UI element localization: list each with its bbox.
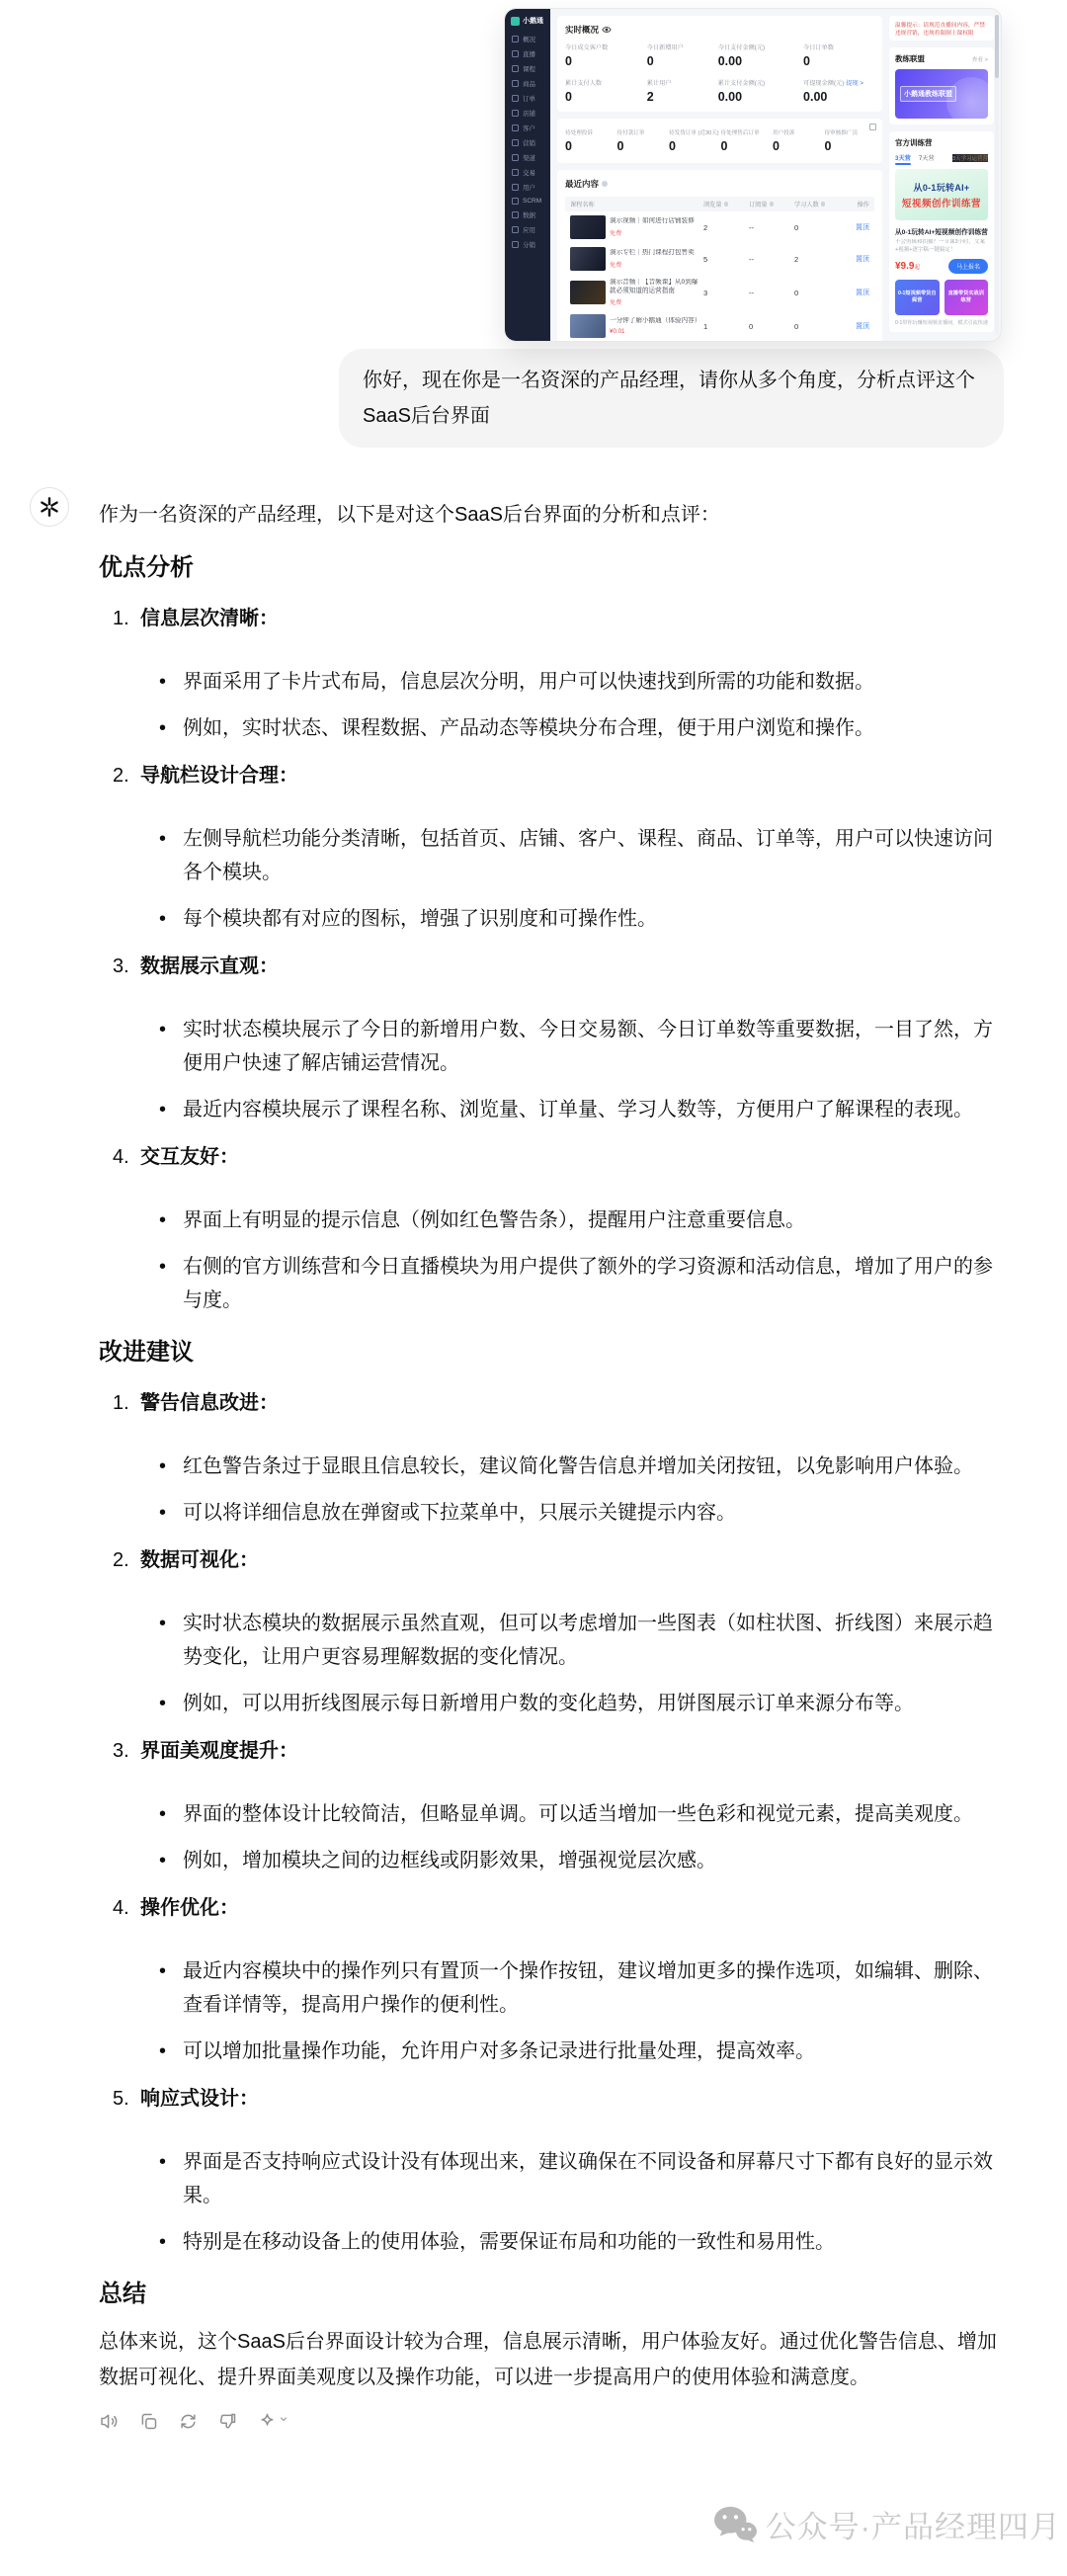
pin-action: 置顶	[840, 321, 869, 331]
sidebar-item: 渠道	[505, 150, 550, 165]
dashboard-logo: 小鹅通	[505, 14, 550, 32]
camp-course-title: 从0-1玩转AI+短视频创作训练营	[895, 226, 988, 236]
pin-action: 置顶	[840, 222, 869, 232]
item-number: 3.	[113, 950, 129, 983]
sidebar-item-label: 客户	[523, 124, 535, 132]
sidebar-item: 订单	[505, 91, 550, 106]
user-message-bubble: 你好，现在你是一名资深的产品经理，请你从多个角度，分析点评这个SaaS后台界面	[339, 349, 1004, 448]
sidebar-item-label: 订单	[523, 94, 535, 103]
bullet-item: 左侧导航栏功能分类清晰，包括首页、店铺、客户、课程、商品、订单等，用户可以快速访…	[99, 822, 1004, 889]
bullet-item: 实时状态模块的数据展示虽然直观，但可以考虑增加一些图表（如柱状图、折线图）来展示…	[99, 1607, 1004, 1674]
stat-cell: 0	[749, 322, 794, 331]
promo-banner: 0-1短视频带货自媒营	[895, 280, 940, 315]
list-item: 1.信息层次清晰：界面采用了卡片式布局，信息层次分明，用户可以快速找到所需的功能…	[99, 602, 1004, 745]
table-row: 演示视频｜如何进行店铺装修免费2--0置顶	[565, 211, 874, 243]
item-number: 3.	[113, 1734, 129, 1768]
stat-value: 0	[565, 139, 616, 153]
overview-stat: 累计支付人数0	[565, 78, 647, 104]
sidebar-item-label: 渠道	[523, 153, 535, 162]
official-camp-card: 官方训练营 3天营7天营3天学习运营营 从0-1玩转AI+ 短视频创作训练营 从…	[889, 131, 994, 332]
table-column-header: 操作	[840, 200, 869, 208]
item-title-text: 界面美观度提升：	[140, 1740, 298, 1762]
bullet-item: 可以增加批量操作功能，允许用户对多条记录进行批量处理，提高效率。	[99, 2035, 1004, 2068]
overview-stat: 今日成交客户数0	[565, 42, 647, 68]
stat-cell: 3	[703, 289, 749, 297]
sidebar-item-label: 应用	[523, 225, 535, 234]
stat-value: 0	[773, 139, 823, 153]
list-item: 4.交互友好：界面上有明显的提示信息（例如红色警告条），提醒用户注意重要信息。右…	[99, 1140, 1004, 1317]
calendar-icon	[869, 124, 876, 130]
bullet-item: 特别是在移动设备上的使用体验，需要保证布局和功能的一致性和易用性。	[99, 2225, 1004, 2259]
course-info: 演示视频｜如何进行店铺装修免费	[610, 217, 695, 237]
watermark: 公众号·产品经理四月	[712, 2502, 1061, 2546]
section-heading: 优点分析	[99, 548, 1004, 588]
table-header-row: 课程名称浏览量订阅量学习人数操作	[565, 197, 874, 211]
sidebar-item: 分销	[505, 237, 550, 252]
sidebar-item-label: 课程	[523, 64, 535, 73]
nav-item-icon	[512, 198, 519, 205]
bullet-item: 红色警告条过于显眼且信息较长，建议简化警告信息并增加关闭按钮，以免影响用户体验。	[99, 1450, 1004, 1483]
list-item: 5.响应式设计：界面是否支持响应式设计没有体现出来，建议确保在不同设备和屏幕尺寸…	[99, 2082, 1004, 2259]
sidebar-item: SCRM	[505, 195, 550, 208]
logo-icon	[511, 17, 520, 26]
sparkle-icon[interactable]	[253, 2407, 292, 2435]
stat-label: 待审核推广员	[825, 128, 875, 136]
sidebar-item: 商品	[505, 76, 550, 91]
stat-cell: 2	[794, 255, 840, 264]
camp-course-desc: 不会剪辑和拍摄？一节课3小时，文案+视频+逐字稿一键搞定！	[895, 239, 988, 254]
enroll-button: 马上报名	[948, 259, 988, 274]
stat-cell: 0	[794, 223, 840, 232]
course-thumbnail	[570, 314, 606, 338]
overview-stat: 累计支付金额(元)0.00	[718, 78, 803, 104]
warning-notice: 温馨提示：请规范直播间内容，严禁违规营销，违规将限制上课权限	[889, 16, 994, 41]
course-cell: 演示视频｜如何进行店铺装修免费	[570, 215, 703, 239]
summary-heading: 总结	[99, 2275, 1004, 2314]
course-thumbnail	[570, 215, 606, 239]
course-name: 演示音频｜【音频课】从0到爆款必须知道的运营指南	[610, 279, 703, 295]
info-icon	[602, 181, 608, 187]
sidebar-item: 直播	[505, 46, 550, 61]
nav-item-icon	[512, 95, 519, 102]
bullet-item: 例如，可以用折线图展示每日新增用户数的变化趋势，用饼图展示订单来源分布等。	[99, 1687, 1004, 1720]
stat-cell: --	[749, 223, 794, 232]
bullet-item: 实时状态模块展示了今日的新增用户数、今日交易额、今日订单数等重要数据，一目了然，…	[99, 1013, 1004, 1080]
table-column-header: 课程名称	[570, 200, 703, 208]
table-row: 演示专栏｜热门课程打包售卖免费5--2置顶	[565, 243, 874, 275]
stat-label: 可提现金额(元)提现 >	[803, 78, 874, 87]
list-item: 4.操作优化：最近内容模块中的操作列只有置顶一个操作按钮，建议增加更多的操作选项…	[99, 1891, 1004, 2068]
recent-content-card: 最近内容 课程名称浏览量订阅量学习人数操作 演示视频｜如何进行店铺装修免费2--…	[557, 170, 882, 342]
info-icon	[770, 202, 775, 207]
camp-tab: 7天营	[919, 153, 935, 162]
bullet-item: 右侧的官方训练营和今日直播模块为用户提供了额外的学习资源和活动信息，增加了用户的…	[99, 1250, 1004, 1317]
course-name: 演示专栏｜热门课程打包售卖	[610, 249, 695, 258]
nav-item-icon	[512, 80, 519, 87]
table-row: 演示音频｜【音频课】从0到爆款必须知道的运营指南免费3--0置顶	[565, 275, 874, 310]
stat-label: 待处理售后订单	[721, 128, 772, 136]
sidebar-item: 客户	[505, 121, 550, 135]
dashboard-sidebar: 小鹅通 概况直播课程商品订单店铺客户营销渠道交易用户SCRM数据应用分销	[505, 9, 550, 341]
item-title: 2.数据可视化：	[99, 1543, 1004, 1577]
stat-label: 待发货订单 (近30天)	[669, 128, 719, 136]
stat-cell: 5	[703, 255, 749, 264]
bullet-item: 例如，增加模块之间的边框线或阴影效果，增强视觉层次感。	[99, 1844, 1004, 1877]
course-thumbnail	[570, 247, 606, 271]
item-number: 2.	[113, 1543, 129, 1577]
stat-value: 0	[617, 139, 668, 153]
course-name: 一分钟了解小鹅通（体验内容）	[610, 317, 700, 326]
camp-tab: 3天学习运营营	[952, 154, 988, 162]
sidebar-item: 营销	[505, 135, 550, 150]
camp-caption: 0-1带你玩赚短视频直播间，模式引流快速变现	[895, 319, 988, 326]
speaker-icon[interactable]	[95, 2407, 123, 2435]
list-item: 1.警告信息改进：红色警告条过于显眼且信息较长，建议简化警告信息并增加关闭按钮，…	[99, 1386, 1004, 1530]
overview-stat: 今日新增用户0	[647, 42, 718, 68]
nav-item-icon	[512, 211, 519, 218]
stat-cell: 0	[794, 322, 840, 331]
course-cell: 演示专栏｜热门课程打包售卖免费	[570, 247, 703, 271]
item-number: 2.	[113, 759, 129, 792]
item-title: 5.响应式设计：	[99, 2082, 1004, 2116]
bullet-item: 可以将详细信息放在弹窗或下拉菜单中，只展示关键提示内容。	[99, 1496, 1004, 1530]
eye-icon	[602, 25, 612, 35]
table-column-header: 学习人数	[794, 200, 840, 208]
course-thumbnail	[570, 281, 606, 304]
info-icon	[821, 202, 826, 207]
nav-item-icon	[512, 36, 519, 42]
copy-icon[interactable]	[134, 2407, 162, 2435]
section-heading: 改进建议	[99, 1333, 1004, 1372]
numbered-list: 1.信息层次清晰：界面采用了卡片式布局，信息层次分明，用户可以快速找到所需的功能…	[99, 602, 1004, 1317]
item-title-text: 导航栏设计合理：	[140, 765, 298, 787]
stat-cell: --	[749, 255, 794, 264]
overview-stat: 可提现金额(元)提现 >0.00	[803, 78, 874, 104]
bullet-item: 每个模块都有对应的图标，增强了识别度和可操作性。	[99, 902, 1004, 936]
stat-value: 0	[669, 139, 719, 153]
dashboard-scrollbar	[995, 15, 999, 335]
stat-value: 0.00	[718, 54, 803, 68]
course-info: 一分钟了解小鹅通（体验内容）¥0.01	[610, 317, 700, 335]
camp-tabs: 3天营7天营3天学习运营营	[895, 153, 988, 162]
sidebar-item-label: 数据	[523, 210, 535, 219]
pending-stat: 待发货订单 (近30天)0	[669, 128, 719, 153]
nav-item-icon	[512, 184, 519, 191]
course-price: ¥9.9起	[895, 261, 920, 272]
pending-stat: 待处理投诉0	[565, 128, 616, 153]
sidebar-item: 数据	[505, 208, 550, 222]
stat-label: 累计支付人数	[565, 78, 647, 87]
pending-stat: 待处理售后订单0	[721, 128, 772, 153]
sidebar-item: 概况	[505, 32, 550, 46]
item-title-text: 交互友好：	[140, 1146, 239, 1168]
stat-value: 0	[565, 54, 647, 68]
nav-item-icon	[512, 154, 519, 161]
item-number: 1.	[113, 602, 129, 635]
bullet-item: 界面是否支持响应式设计没有体现出来，建议确保在不同设备和屏幕尺寸下都有良好的显示…	[99, 2145, 1004, 2212]
overview-stat: 今日订单数0	[803, 42, 874, 68]
sidebar-item: 用户	[505, 180, 550, 195]
item-number: 5.	[113, 2082, 129, 2116]
realtime-overview-card: 实时概况 今日成交客户数0今日新增用户0今日支付金额(元)0.00今日订单数0累…	[557, 16, 882, 112]
course-price: 免费	[610, 297, 703, 306]
sidebar-item-label: 用户	[523, 183, 535, 192]
bullet-item: 最近内容模块中的操作列只有置顶一个操作按钮，建议增加更多的操作选项，如编辑、删除…	[99, 1954, 1004, 2022]
stat-cell: 1	[703, 322, 749, 331]
stat-value: 0.00	[718, 90, 803, 104]
table-column-header: 订阅量	[749, 200, 794, 208]
sidebar-item: 交易	[505, 165, 550, 180]
item-title: 2.导航栏设计合理：	[99, 759, 1004, 792]
pending-stat: 待审核推广员0	[825, 128, 875, 153]
bullet-item: 界面的整体设计比较简洁，但略显单调。可以适当增加一些色彩和视觉元素，提高美观度。	[99, 1797, 1004, 1831]
table-column-header: 浏览量	[703, 200, 749, 208]
overview-stat: 累计用户2	[647, 78, 718, 104]
item-number: 4.	[113, 1891, 129, 1925]
wechat-icon	[712, 2504, 758, 2545]
list-item: 2.数据可视化：实时状态模块的数据展示虽然直观，但可以考虑增加一些图表（如柱状图…	[99, 1543, 1004, 1720]
withdraw-link: 提现 >	[846, 80, 863, 87]
table-row: 一分钟了解小鹅通（体验内容）¥0.01100置顶	[565, 310, 874, 342]
item-number: 4.	[113, 1140, 129, 1174]
item-number: 1.	[113, 1386, 129, 1420]
course-price: 免费	[610, 228, 695, 237]
summary-paragraph: 总体来说，这个SaaS后台界面设计较为合理，信息展示清晰，用户体验友好。通过优化…	[99, 2324, 1004, 2395]
item-title: 4.操作优化：	[99, 1891, 1004, 1925]
stat-label: 待付款订单	[617, 128, 668, 136]
stat-cell: 0	[794, 289, 840, 297]
sidebar-item-label: SCRM	[523, 198, 541, 205]
stat-label: 用户投诉	[773, 128, 823, 136]
stat-label: 待处理投诉	[565, 128, 616, 136]
stat-label: 今日支付金额(元)	[718, 42, 803, 51]
nav-item-icon	[512, 65, 519, 72]
nav-item-icon	[512, 139, 519, 146]
dashboard-screenshot-attachment[interactable]: 小鹅通 概况直播课程商品订单店铺客户营销渠道交易用户SCRM数据应用分销 实时概…	[504, 8, 1002, 342]
stat-cell: 2	[703, 223, 749, 232]
promo-banner: 直播带货实战训练营	[944, 280, 989, 315]
pending-stat: 待付款订单0	[617, 128, 668, 153]
item-title: 3.数据展示直观：	[99, 950, 1004, 983]
sidebar-item-label: 分销	[523, 240, 535, 249]
course-cell: 一分钟了解小鹅通（体验内容）¥0.01	[570, 314, 703, 338]
nav-item-icon	[512, 241, 519, 248]
coach-alliance-card: 教练联盟查看 > 小鹅通教练联盟	[889, 47, 994, 125]
nav-item-icon	[512, 125, 519, 131]
stat-label: 今日订单数	[803, 42, 874, 51]
list-item: 3.数据展示直观：实时状态模块展示了今日的新增用户数、今日交易额、今日订单数等重…	[99, 950, 1004, 1126]
bullet-item: 界面采用了卡片式布局，信息层次分明，用户可以快速找到所需的功能和数据。	[99, 665, 1004, 699]
coach-title: 教练联盟	[895, 53, 925, 64]
dashboard-main: 实时概况 今日成交客户数0今日新增用户0今日支付金额(元)0.00今日订单数0累…	[550, 9, 1001, 341]
sidebar-item-label: 直播	[523, 49, 535, 58]
pending-stats-card: 待处理投诉0待付款订单0待发货订单 (近30天)0待处理售后订单0用户投诉0待审…	[557, 119, 882, 163]
sidebar-item-label: 概况	[523, 35, 535, 43]
stat-label: 今日新增用户	[647, 42, 718, 51]
course-info: 演示音频｜【音频课】从0到爆款必须知道的运营指南免费	[610, 279, 703, 306]
numbered-list: 1.警告信息改进：红色警告条过于显眼且信息较长，建议简化警告信息并增加关闭按钮，…	[99, 1386, 1004, 2259]
sidebar-item: 课程	[505, 61, 550, 76]
chevron-down-icon	[278, 2412, 289, 2430]
stat-value: 0	[721, 139, 772, 153]
overview-stat: 今日支付金额(元)0.00	[718, 42, 803, 68]
sidebar-item-label: 商品	[523, 79, 535, 88]
assistant-response: 作为一名资深的产品经理，以下是对这个SaaS后台界面的分析和点评： 优点分析1.…	[0, 448, 1067, 2435]
sidebar-item-label: 营销	[523, 138, 535, 147]
coach-banner: 小鹅通教练联盟	[895, 69, 988, 119]
sidebar-item: 应用	[505, 222, 550, 237]
stat-value: 2	[647, 90, 718, 104]
assistant-avatar	[30, 487, 69, 527]
pin-action: 置顶	[840, 288, 869, 297]
response-toolbar	[95, 2407, 1004, 2435]
pin-action: 置顶	[840, 254, 869, 264]
pending-stat: 用户投诉0	[773, 128, 823, 153]
sidebar-item-label: 店铺	[523, 109, 535, 118]
bullet-item: 最近内容模块展示了课程名称、浏览量、订单量、学习人数等，方便用户了解课程的表现。	[99, 1093, 1004, 1126]
nav-item-icon	[512, 169, 519, 176]
stat-label: 今日成交客户数	[565, 42, 647, 51]
info-icon	[724, 202, 729, 207]
item-title-text: 响应式设计：	[140, 2088, 259, 2110]
sidebar-item-label: 交易	[523, 168, 535, 177]
item-title: 4.交互友好：	[99, 1140, 1004, 1174]
list-item: 3.界面美观度提升：界面的整体设计比较简洁，但略显单调。可以适当增加一些色彩和视…	[99, 1734, 1004, 1877]
course-name: 演示视频｜如何进行店铺装修	[610, 217, 695, 226]
stat-value: 0	[565, 90, 647, 104]
course-info: 演示专栏｜热门课程打包售卖免费	[610, 249, 695, 269]
stat-value: 0.00	[803, 90, 874, 104]
item-title: 1.信息层次清晰：	[99, 602, 1004, 635]
nav-item-icon	[512, 50, 519, 57]
nav-item-icon	[512, 226, 519, 233]
bullet-item: 例如，实时状态、课程数据、产品动态等模块分布合理，便于用户浏览和操作。	[99, 711, 1004, 745]
camp-tab: 3天营	[895, 153, 911, 162]
regenerate-icon[interactable]	[174, 2407, 202, 2435]
item-title: 1.警告信息改进：	[99, 1386, 1004, 1420]
stat-label: 累计支付金额(元)	[718, 78, 803, 87]
camp-banner: 从0-1玩转AI+ 短视频创作训练营	[895, 169, 988, 220]
bullet-item: 界面上有明显的提示信息（例如红色警告条），提醒用户注意重要信息。	[99, 1204, 1004, 1237]
item-title-text: 数据可视化：	[140, 1549, 259, 1571]
view-link: 查看 >	[972, 54, 988, 63]
stat-value: 0	[803, 54, 874, 68]
stat-cell: --	[749, 289, 794, 297]
recent-title: 最近内容	[565, 178, 599, 190]
course-price: 免费	[610, 260, 695, 269]
list-item: 2.导航栏设计合理：左侧导航栏功能分类清晰，包括首页、店铺、客户、课程、商品、订…	[99, 759, 1004, 936]
item-title: 3.界面美观度提升：	[99, 1734, 1004, 1768]
thumbs-down-icon[interactable]	[213, 2407, 241, 2435]
stat-value: 0	[825, 139, 875, 153]
item-title-text: 数据展示直观：	[140, 956, 279, 977]
item-title-text: 信息层次清晰：	[140, 608, 279, 629]
dashboard-right-column: 温馨提示：请规范直播间内容，严禁违规营销，违规将限制上课权限 教练联盟查看 > …	[889, 16, 994, 334]
stat-label: 累计用户	[647, 78, 718, 87]
sidebar-item: 店铺	[505, 106, 550, 121]
course-cell: 演示音频｜【音频课】从0到爆款必须知道的运营指南免费	[570, 279, 703, 306]
assistant-intro: 作为一名资深的产品经理，以下是对这个SaaS后台界面的分析和点评：	[99, 497, 1004, 533]
watermark-text: 公众号·产品经理四月	[766, 2502, 1061, 2546]
item-title-text: 操作优化：	[140, 1897, 239, 1919]
stat-value: 0	[647, 54, 718, 68]
camp-title: 官方训练营	[895, 137, 988, 148]
item-title-text: 警告信息改进：	[140, 1392, 279, 1414]
openai-logo-icon	[39, 496, 60, 518]
overview-title: 实时概况	[565, 24, 599, 36]
nav-item-icon	[512, 110, 519, 117]
course-price: ¥0.01	[610, 328, 700, 335]
